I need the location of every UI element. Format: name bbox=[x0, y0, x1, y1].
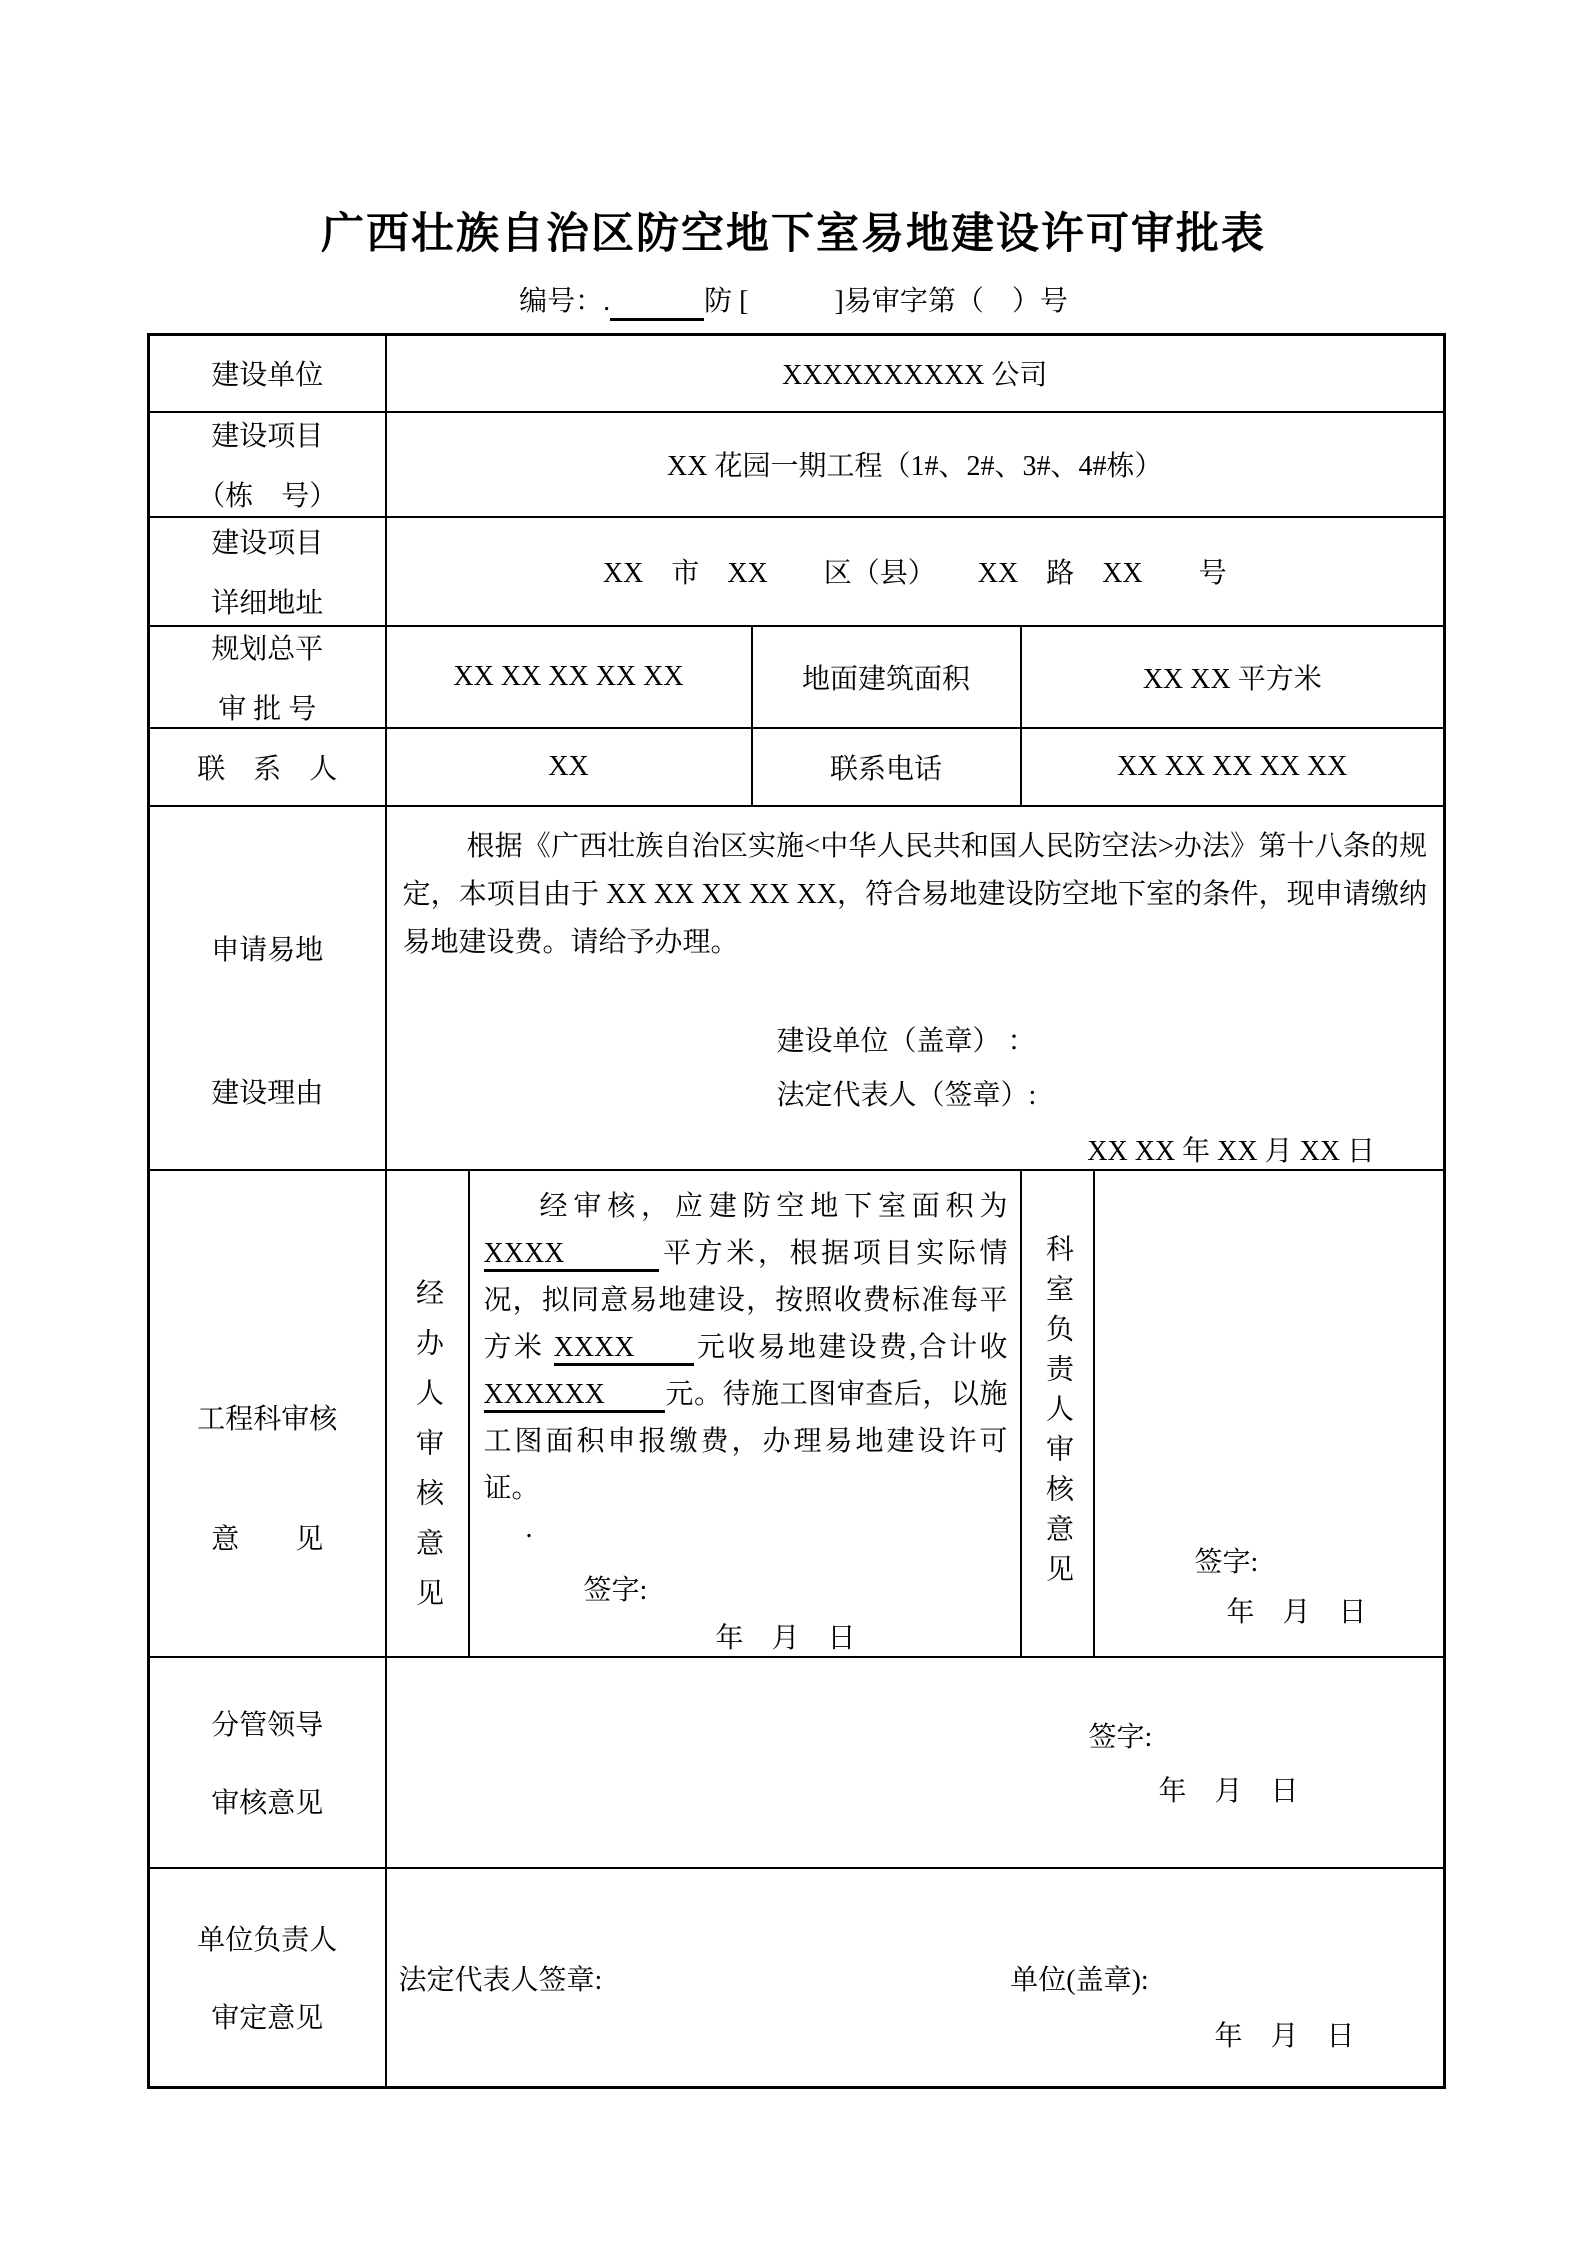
leader-content-cell: 签字: 年 月 日 bbox=[386, 1657, 1445, 1868]
head-label: 单位负责人 审定意见 bbox=[149, 1868, 386, 2088]
reason-date: XX XX 年 XX 月 XX 日 bbox=[403, 1129, 1428, 1169]
reason-paragraph: 根据《广西壮族自治区实施<中华人民共和国人民防空法>办法》第十八条的规定，本项目… bbox=[403, 823, 1428, 967]
table-row: 分管领导 审核意见 签字: 年 月 日 bbox=[149, 1657, 1445, 1868]
total-fee-blank-field: XXXXXX bbox=[484, 1379, 665, 1413]
reason-label-line1: 申请易地 bbox=[150, 928, 385, 968]
handler-sign-label: 签字: bbox=[584, 1568, 1008, 1608]
handler-sign-date: 年 月 日 bbox=[716, 1616, 1008, 1656]
plan-label-line1: 规划总平 bbox=[150, 627, 385, 667]
approval-form-table: 建设单位 XXXXXXXXXX 公司 建设项目 （栋 号） XX 花园一期工程（… bbox=[147, 333, 1446, 2089]
stray-dot: . bbox=[526, 1514, 1008, 1544]
handler-audit-cell: 经审核，应建防空地下室面积为XXXX平方米，根据项目实际情况，拟同意易地建设，按… bbox=[469, 1170, 1021, 1657]
head-unit-stamp-label: 单位(盖章): bbox=[1010, 1958, 1148, 1998]
leader-label-line2: 审核意见 bbox=[150, 1781, 385, 1821]
address-value: XX 市 XX 区（县） XX 路 XX 号 bbox=[386, 517, 1445, 626]
handler-vertical-label-cell: 经办人审核意见 bbox=[386, 1170, 469, 1657]
ground-area-label: 地面建筑面积 bbox=[752, 626, 1021, 728]
phone-label: 联系电话 bbox=[752, 728, 1021, 806]
project-value: XX 花园一期工程（1#、2#、3#、4#栋） bbox=[386, 412, 1445, 517]
table-row: 建设项目 （栋 号） XX 花园一期工程（1#、2#、3#、4#栋） bbox=[149, 412, 1445, 517]
table-row: 建设项目 详细地址 XX 市 XX 区（县） XX 路 XX 号 bbox=[149, 517, 1445, 626]
serial-blank-underline bbox=[610, 287, 704, 321]
leader-sign-label: 签字: bbox=[1089, 1715, 1444, 1755]
project-label-line2: （栋 号） bbox=[150, 474, 385, 514]
leader-label: 分管领导 审核意见 bbox=[149, 1657, 386, 1868]
chief-sign-cell: 签字: 年 月 日 bbox=[1094, 1170, 1445, 1657]
head-label-line1: 单位负责人 bbox=[150, 1918, 385, 1958]
page-title: 广西壮族自治区防空地下室易地建设许可审批表 bbox=[0, 200, 1587, 261]
unit-stamp-label: 建设单位（盖章） ： bbox=[777, 1015, 1428, 1069]
engineering-label: 工程科审核 意 见 bbox=[149, 1170, 386, 1657]
unit-value: XXXXXXXXXX 公司 bbox=[386, 335, 1445, 412]
phone-value: XX XX XX XX XX bbox=[1021, 728, 1445, 806]
area-blank-field: XXXX bbox=[484, 1238, 660, 1272]
table-row: 工程科审核 意 见 经办人审核意见 经审核，应建防空地下室面积为XXXX平方米，… bbox=[149, 1170, 1445, 1657]
plan-label: 规划总平 审 批 号 bbox=[149, 626, 386, 728]
table-row: 规划总平 审 批 号 XX XX XX XX XX 地面建筑面积 XX XX 平… bbox=[149, 626, 1445, 728]
head-label-line2: 审定意见 bbox=[150, 1996, 385, 2036]
reason-content-cell: 根据《广西壮族自治区实施<中华人民共和国人民防空法>办法》第十八条的规定，本项目… bbox=[386, 806, 1445, 1170]
reason-label: 申请易地 建设理由 bbox=[149, 806, 386, 1170]
plan-value: XX XX XX XX XX bbox=[386, 626, 752, 728]
table-row: 单位负责人 审定意见 法定代表人签章: 单位(盖章): 年 月 日 bbox=[149, 1868, 1445, 2088]
audit-paragraph: 经审核，应建防空地下室面积为XXXX平方米，根据项目实际情况，拟同意易地建设，按… bbox=[484, 1183, 1008, 1512]
unit-label: 建设单位 bbox=[149, 335, 386, 412]
chief-sign-label: 签字: bbox=[1195, 1540, 1444, 1580]
leader-sign-date: 年 月 日 bbox=[1159, 1769, 1444, 1809]
head-sign-date: 年 月 日 bbox=[1215, 2014, 1444, 2054]
leader-label-line1: 分管领导 bbox=[150, 1703, 385, 1743]
table-row: 申请易地 建设理由 根据《广西壮族自治区实施<中华人民共和国人民防空法>办法》第… bbox=[149, 806, 1445, 1170]
ground-area-value: XX XX 平方米 bbox=[1021, 626, 1445, 728]
address-label-line1: 建设项目 bbox=[150, 521, 385, 561]
contact-value: XX bbox=[386, 728, 752, 806]
legal-representative-stamp-label: 法定代表人（签章）: bbox=[777, 1069, 1428, 1123]
engineering-label-line1: 工程科审核 bbox=[150, 1397, 385, 1437]
document-page: 广西壮族自治区防空地下室易地建设许可审批表 编号：.防 []易审字第（ ）号 建… bbox=[0, 0, 1587, 2245]
head-legal-sign-label: 法定代表人签章: bbox=[399, 1958, 603, 1998]
project-label-line1: 建设项目 bbox=[150, 414, 385, 454]
chief-sign-date: 年 月 日 bbox=[1227, 1590, 1444, 1630]
head-content-cell: 法定代表人签章: 单位(盖章): 年 月 日 bbox=[386, 1868, 1445, 2088]
reason-label-line2: 建设理由 bbox=[150, 1071, 385, 1111]
address-label: 建设项目 详细地址 bbox=[149, 517, 386, 626]
serial-mid: 防 [ bbox=[704, 283, 748, 321]
table-row: 联 系 人 XX 联系电话 XX XX XX XX XX bbox=[149, 728, 1445, 806]
address-label-line2: 详细地址 bbox=[150, 581, 385, 621]
unit-price-blank-field: XXXX bbox=[554, 1332, 695, 1366]
table-row: 建设单位 XXXXXXXXXX 公司 bbox=[149, 335, 1445, 412]
chief-vertical-label: 科室负责人审核意见 bbox=[1043, 1234, 1071, 1594]
serial-number-line: 编号：.防 []易审字第（ ）号 bbox=[0, 283, 1587, 321]
project-label: 建设项目 （栋 号） bbox=[149, 412, 386, 517]
handler-vertical-label: 经办人审核意见 bbox=[413, 1278, 441, 1628]
engineering-label-line2: 意 见 bbox=[150, 1517, 385, 1557]
serial-suffix: ]易审字第（ ）号 bbox=[835, 283, 1068, 321]
plan-label-line2: 审 批 号 bbox=[150, 687, 385, 727]
contact-label: 联 系 人 bbox=[149, 728, 386, 806]
serial-prefix: 编号：. bbox=[519, 283, 610, 321]
chief-vertical-label-cell: 科室负责人审核意见 bbox=[1021, 1170, 1094, 1657]
